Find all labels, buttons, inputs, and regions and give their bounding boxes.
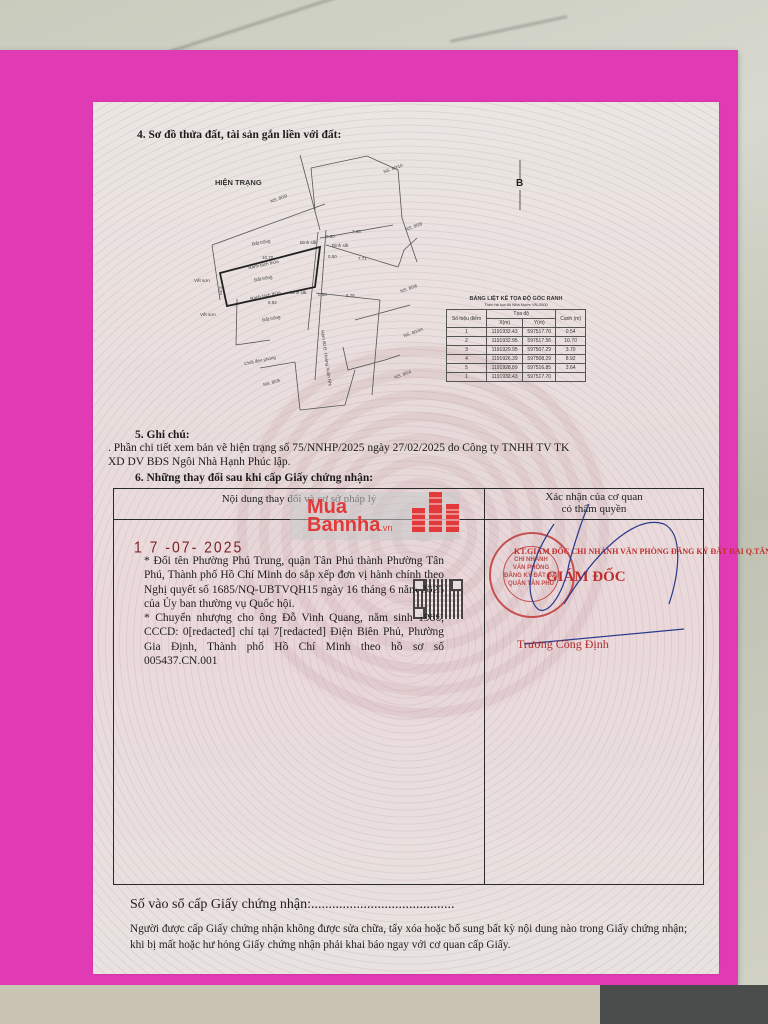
header-point: Số hiệu điểm (447, 310, 487, 328)
nail-label: Đinh sắt (300, 240, 317, 245)
diagram-title: HIỆN TRẠNG (215, 178, 262, 187)
coordinate-cell-y: 597516.85 (523, 364, 556, 373)
coordinate-cell-point: 1 (447, 373, 487, 382)
coordinate-cell-edge: 0.54 (556, 328, 586, 337)
dimension-label: 8.92 (268, 300, 277, 305)
header-y: Y(m) (523, 319, 556, 328)
coordinate-cell-point: 5 (447, 364, 487, 373)
watermark-suffix: .vn (380, 523, 392, 533)
coordinate-cell-y: 597508.29 (523, 355, 556, 364)
section-6-title: 6. Những thay đổi sau khi cấp Giấy chứng… (135, 472, 373, 484)
coordinate-row: 31191929.95597507.293.70 (447, 346, 586, 355)
coordinate-cell-x: 1191928.89 (487, 364, 523, 373)
watermark-line2: Bannha (307, 514, 380, 536)
change-entries: * Đổi tên Phường Phú Trung, quận Tân Phú… (144, 554, 444, 668)
dimension-label: 3.70 (218, 286, 223, 295)
watermark-logo-text: Mua Bannha.vn (307, 498, 392, 537)
paint-mark-label: Vết sơn (200, 312, 216, 317)
coordinate-cell-y: 597507.29 (523, 346, 556, 355)
column-divider (484, 489, 485, 884)
marble-vein (170, 0, 380, 53)
dimension-label: 0.50 (326, 234, 335, 239)
signature (494, 494, 694, 654)
floor-shadow (600, 985, 768, 1024)
changes-table: Nội dung thay đổi và cơ sở pháp lý Xác n… (113, 488, 704, 885)
dimension-label: 7.71 (358, 256, 367, 261)
coordinate-cell-x: 1191932.95 (487, 337, 523, 346)
nail-label: Đinh sắt (332, 243, 349, 248)
coordinate-cell-edge: 10.70 (556, 337, 586, 346)
signer-name: Trương Công Định (517, 637, 609, 652)
coordinate-cell-edge (556, 373, 586, 382)
paint-mark-label: Vết sơn (194, 278, 210, 283)
coordinate-cell-edge: 3.70 (556, 346, 586, 355)
qr-code (413, 579, 463, 619)
plot-diagram (100, 140, 620, 430)
coordinate-row: 51191928.89597516.853.64 (447, 364, 586, 373)
north-arrow-label: B (516, 178, 523, 189)
building-logo-icon (412, 492, 460, 532)
coordinate-row: 11191932.43597517.70 (447, 373, 586, 382)
coordinate-cell-point: 4 (447, 355, 487, 364)
coordinate-cell-x: 1191929.95 (487, 346, 523, 355)
note-line-1: . Phần chi tiết xem bản vẽ hiện trạng số… (108, 441, 569, 455)
coordinate-cell-point: 1 (447, 328, 487, 337)
coordinate-row: 21191932.95597517.5610.70 (447, 337, 586, 346)
coordinate-row: 11191932.43597517.700.54 (447, 328, 586, 337)
change-entry-transfer: * Chuyển nhượng cho ông Đỗ Vinh Quang, n… (144, 611, 444, 668)
coordinate-cell-y: 597517.56 (523, 337, 556, 346)
coordinate-cell-x: 1191932.43 (487, 328, 523, 337)
footer-warning: Người được cấp Giấy chứng nhận không đượ… (130, 921, 690, 953)
dimension-label: 0.50 (328, 254, 337, 259)
dimension-label: 0.50 (318, 292, 327, 297)
change-entry-rename: * Đổi tên Phường Phú Trung, quận Tân Phú… (144, 554, 444, 611)
coordinate-cell-y: 597517.70 (523, 373, 556, 382)
coordinate-table: BẢNG LIỆT KÊ TỌA ĐỘ GÓC RANH Theo hệ tọa… (446, 296, 586, 382)
qr-finder (413, 607, 425, 619)
coordinate-cell-point: 2 (447, 337, 487, 346)
header-edge: Cạnh (m) (556, 310, 586, 328)
coordinate-table-subtitle: Theo hệ tọa độ Nhà Nước VN-2000 (446, 302, 586, 307)
coordinate-cell-point: 3 (447, 346, 487, 355)
coordinate-cell-edge: 8.92 (556, 355, 586, 364)
dimension-label: 6.75 (346, 293, 355, 298)
registry-number-line: Số vào sổ cấp Giấy chứng nhận:..........… (130, 897, 455, 913)
coordinate-cell-x: 1191926.39 (487, 355, 523, 364)
marble-vein (450, 15, 568, 43)
dimension-label: 7.35 (352, 229, 361, 234)
header-x: X(m) (487, 319, 523, 328)
coordinate-cell-y: 597517.70 (523, 328, 556, 337)
coordinate-cell-edge: 3.64 (556, 364, 586, 373)
dimension-label: 10.70 (262, 255, 273, 260)
coordinate-row: 41191926.39597508.298.92 (447, 355, 586, 364)
section-5-title: 5. Ghi chú: (135, 429, 190, 441)
header-coords: Tọa độ (487, 310, 556, 319)
coordinate-cell-x: 1191932.43 (487, 373, 523, 382)
qr-finder (451, 579, 463, 591)
note-line-2: XD DV BĐS Ngôi Nhà Hạnh Phúc lập. (108, 455, 291, 469)
qr-finder (413, 579, 425, 591)
nail-label: Đinh sắt (290, 290, 307, 295)
